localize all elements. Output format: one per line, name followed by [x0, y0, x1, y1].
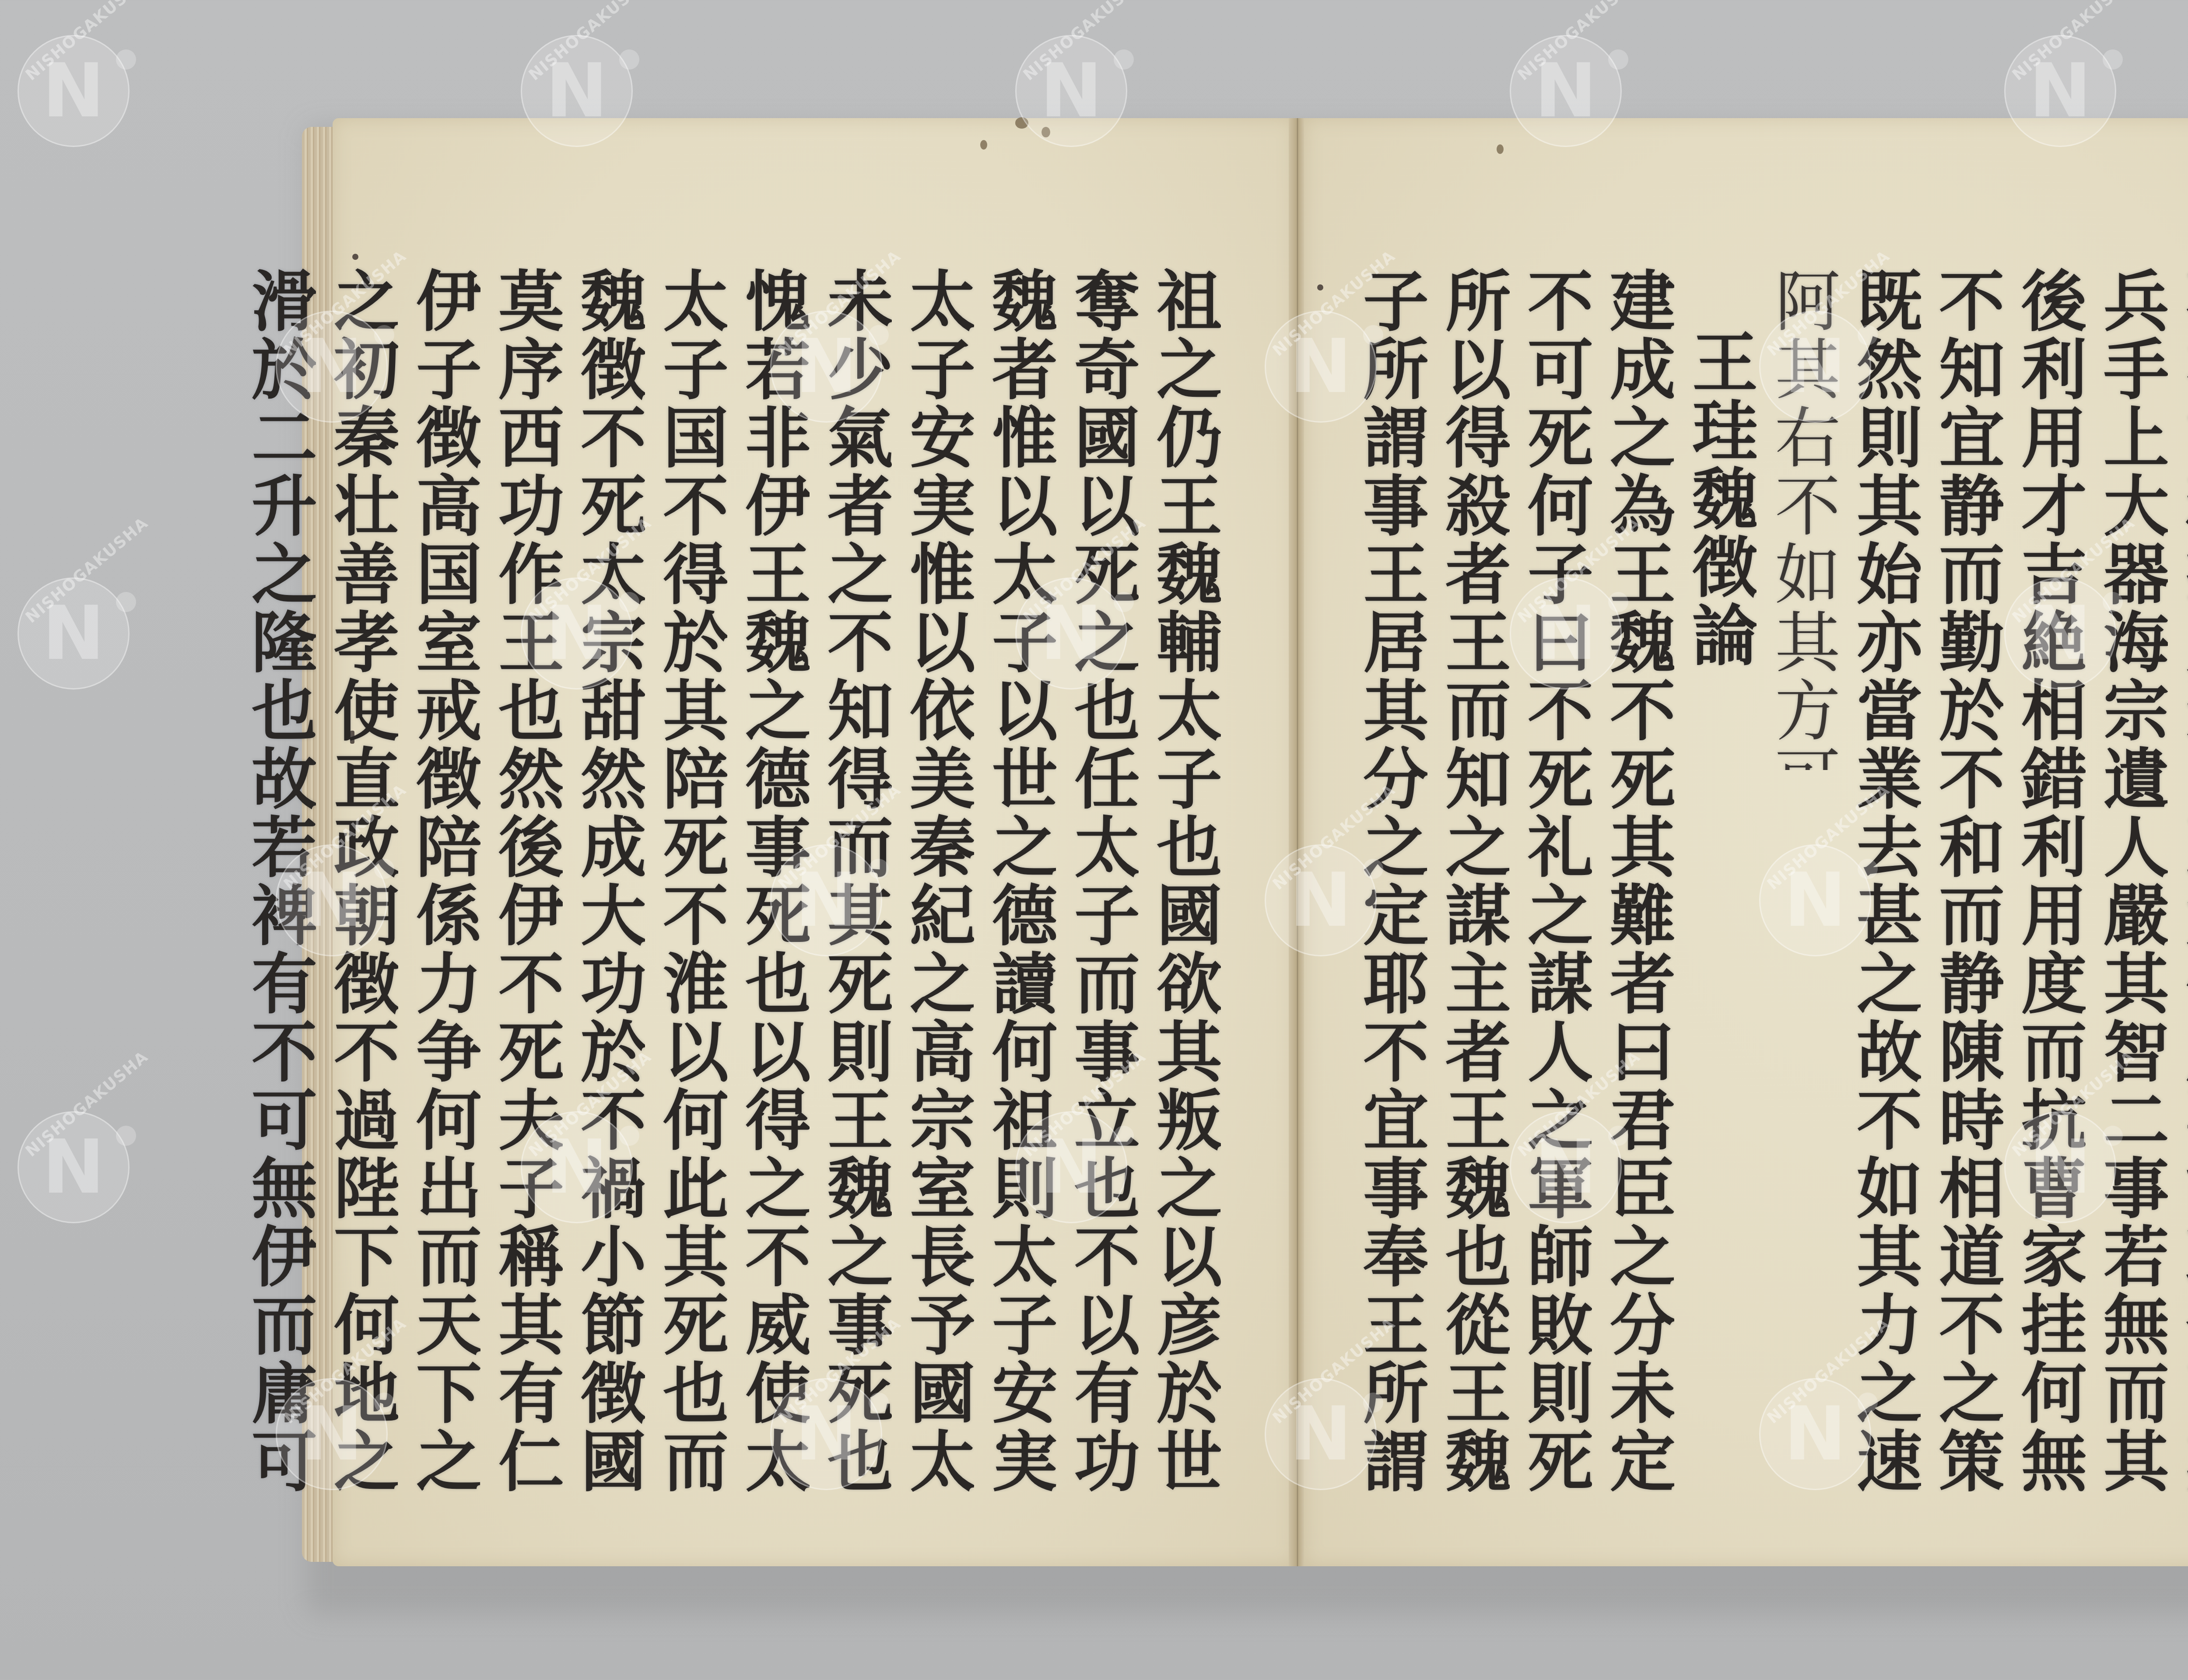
nishogakusha-watermark-logo: NISHOGAKUSHAN [770, 844, 882, 956]
nishogakusha-watermark-logo: NISHOGAKUSHAN [1265, 844, 1377, 956]
nishogakusha-watermark-logo: NISHOGAKUSHAN [2004, 35, 2116, 147]
text-column: 不存吉務擔人造以至大任尼次故政也百其任官除例削拒倬人舒其身昌思奉 [2176, 267, 2188, 1492]
nishogakusha-watermark-logo: NISHOGAKUSHAN [18, 1111, 130, 1223]
margin-dot [1317, 284, 1323, 290]
left-page-text-columns: 祖之仍王魏輔太子也國欲其叛之以彦於世則之以意諒也亦欲其事之予 奪奇國以死之也任太… [242, 267, 1221, 1492]
watermark-dot-icon [1858, 1393, 1878, 1413]
watermark-dot-icon [619, 49, 639, 70]
text-column: 伊子徴高国室戒徴陪係力争何出而天下之何故天子於其所分良觀 [406, 267, 480, 1492]
watermark-dot-icon [374, 325, 394, 345]
watermark-dot-icon [869, 325, 889, 345]
watermark-dot-icon [1363, 1393, 1383, 1413]
watermark-dot-icon [116, 49, 136, 70]
watermark-dot-icon [116, 1126, 136, 1146]
text-column: 兵手上大器海宗遺人嚴其智二事若無而其功利也一無行室立何加相錯先 [2093, 267, 2168, 1492]
watermark-dot-icon [374, 859, 394, 879]
watermark-dot-icon [1363, 859, 1383, 879]
text-column: 建成之為王魏不死其難者曰君臣之分未定也王魏居高祖不居建成抵牟 [1600, 267, 1674, 1492]
text-column: 所以得殺者王而知之謀主者王魏也從王魏者居之分未定耶不宜死太 [1435, 267, 1510, 1492]
watermark-dot-icon [374, 1393, 394, 1413]
nishogakusha-watermark-logo: NISHOGAKUSHAN [521, 1111, 633, 1223]
text-column: 不知宜静而勤於不和而静陳時相道不之策夫人之疎也非其才不能攻 [1929, 267, 2003, 1492]
watermark-dot-icon [1608, 49, 1628, 70]
nishogakusha-watermark-logo: NISHOGAKUSHAN [276, 311, 388, 423]
watermark-dot-icon [2103, 592, 2123, 612]
watermark-dot-icon [1114, 592, 1134, 612]
text-column: 祖之仍王魏輔太子也國欲其叛之以彦於世則之以意諒也亦欲其事之予 [1147, 267, 1221, 1492]
open-book: 祖之仍王魏輔太子也國欲其叛之以彦於世則之以意諒也亦欲其事之予 奪奇國以死之也任太… [302, 118, 2188, 1575]
text-column: 後利用才吉絶相錯利用度而抗曹家挂何無不受事而已夫豆部而静陽相 [2011, 267, 2086, 1492]
text-column: 不可死何子曰不死礼之謀人之軍師敗則死之謀人之邦國危則亡之太子之 [1518, 267, 1592, 1492]
text-column: 奪奇國以死之也任太子而事立也不以有功使太子事立也無爭何益於智 [1064, 267, 1139, 1492]
nishogakusha-watermark-logo: NISHOGAKUSHAN [276, 1378, 388, 1490]
text-column: 莫序西功作王也然後伊不死夫子稱其有仁夫不之功而以不死為正也且 [488, 267, 563, 1492]
text-column: 太子安実惟以依美秦紀之高宗室長予國太子安実無之而何事之世大夫 [900, 267, 974, 1492]
watermark-dot-icon [869, 859, 889, 879]
watermark-dot-icon [619, 1126, 639, 1146]
text-column: 魏徴不死太宗甜然成大功於不禍小節徴國不以死伐貴也曰不然其所 [571, 267, 645, 1492]
watermark-dot-icon [1114, 1126, 1134, 1146]
nishogakusha-watermark-logo: NISHOGAKUSHAN [2004, 577, 2116, 689]
nishogakusha-watermark-logo: NISHOGAKUSHAN [521, 577, 633, 689]
nishogakusha-watermark-logo: NISHOGAKUSHAN [1015, 577, 1127, 689]
watermark-dot-icon [2103, 49, 2123, 70]
watermark-dot-icon [116, 592, 136, 612]
watermark-dot-icon [1363, 325, 1383, 345]
watermark-dot-icon [1858, 859, 1878, 879]
nishogakusha-watermark-logo: NISHOGAKUSHAN [1759, 311, 1871, 423]
nishogakusha-watermark-logo: NISHOGAKUSHAN [18, 577, 130, 689]
watermark-dot-icon [619, 592, 639, 612]
text-column: 魏者惟以太子以世之德讀何祖則太子安実惟以功成不應之說而太宗則 [982, 267, 1056, 1492]
watermark-dot-icon [1858, 325, 1878, 345]
nishogakusha-watermark-logo: NISHOGAKUSHAN [1015, 1111, 1127, 1223]
nishogakusha-watermark-logo: NISHOGAKUSHAN [276, 844, 388, 956]
nishogakusha-watermark-logo: NISHOGAKUSHAN [770, 1378, 882, 1490]
nishogakusha-watermark-logo: NISHOGAKUSHAN [770, 311, 882, 423]
watermark-dot-icon [1608, 592, 1628, 612]
nishogakusha-watermark-logo: NISHOGAKUSHAN [1759, 844, 1871, 956]
worm-hole [1497, 144, 1504, 154]
nishogakusha-watermark-logo: NISHOGAKUSHAN [1510, 1111, 1622, 1223]
nishogakusha-watermark-logo: NISHOGAKUSHAN [1510, 35, 1622, 147]
watermark-dot-icon [869, 1393, 889, 1413]
nishogakusha-watermark-logo: NISHOGAKUSHAN [1759, 1378, 1871, 1490]
nishogakusha-watermark-logo: NISHOGAKUSHAN [1510, 577, 1622, 689]
worm-hole [980, 140, 987, 150]
nishogakusha-watermark-logo: NISHOGAKUSHAN [1015, 35, 1127, 147]
watermark-dot-icon [1608, 1126, 1628, 1146]
right-page: 等公孫郭解宿以苦酷相京守盛名相競一乃見子無笑世故戚事不學頗辭吏 不存吉務擔人造以… [1304, 118, 2188, 1566]
nishogakusha-watermark-logo: NISHOGAKUSHAN [18, 35, 130, 147]
nishogakusha-watermark-logo: NISHOGAKUSHAN [521, 35, 633, 147]
nishogakusha-watermark-logo: NISHOGAKUSHAN [2004, 1111, 2116, 1223]
watermark-dot-icon [2103, 1126, 2123, 1146]
nishogakusha-watermark-logo: NISHOGAKUSHAN [1265, 1378, 1377, 1490]
watermark-dot-icon [1114, 49, 1134, 70]
margin-dot [352, 254, 358, 260]
text-column: 太子国不得於其陪死不淮以何此其死也而其前然而此皆伊死死植而附仰 [653, 267, 727, 1492]
nishogakusha-watermark-logo: NISHOGAKUSHAN [1265, 311, 1377, 423]
section-heading: 王珪魏徴論 [1682, 267, 1757, 1492]
